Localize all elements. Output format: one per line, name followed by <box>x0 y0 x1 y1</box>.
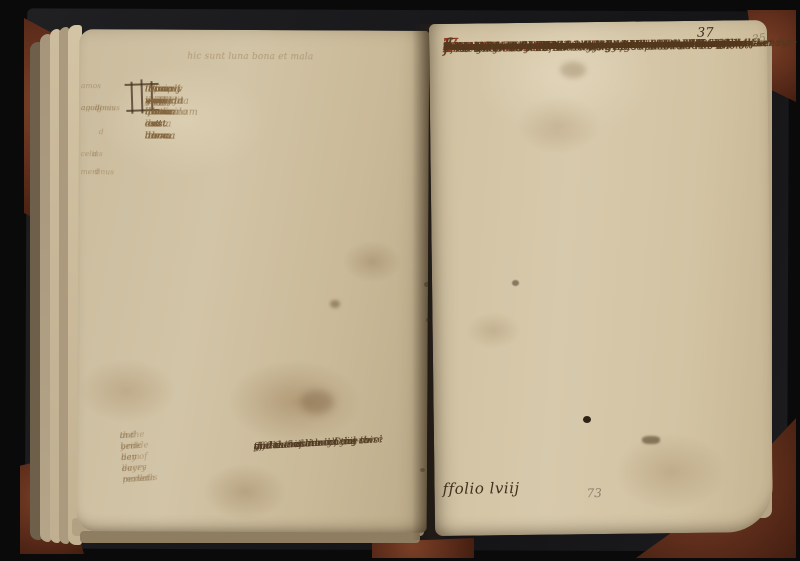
wormhole <box>424 282 429 287</box>
folio-note: ffolio lviij <box>442 479 519 498</box>
pencil-foliation-number: 73 <box>587 486 602 500</box>
text-segment: good dayes. <box>282 72 334 73</box>
parchment-stain <box>330 300 340 308</box>
text-segment: d <box>93 149 98 158</box>
parchment-stain <box>560 62 586 78</box>
text-segment: manye a yeres and they <box>282 72 385 73</box>
text-segment: of yonge that they lyuen <box>282 72 388 73</box>
text-segment: amos <box>81 81 101 90</box>
text-segment: mai be cured but principali <box>282 72 401 73</box>
text-segment: ffor tho dayes that be euyl <box>282 72 397 73</box>
text-segment: luna xxx bona est <box>145 83 169 130</box>
page-edge-bottom <box>80 531 420 543</box>
text-segment: bed sory as ellis hit schal <box>282 72 392 73</box>
text-segment: d <box>97 105 102 114</box>
text-segment: d <box>95 167 100 176</box>
text-segment: nor the last in day of Juil <box>282 72 390 73</box>
left-margin-words: amosdaquilinusapolloniusddceliusdmerlinu… <box>81 79 125 167</box>
text-segment: that they latyn blode ther-wyt <box>282 72 412 73</box>
smudge-stain <box>642 436 660 444</box>
text-segment: dayes and he that taketh <box>282 72 390 73</box>
text-segment: er he be hool not passe this <box>282 72 402 73</box>
text-segment: and this is oon of the perilous <box>282 72 411 73</box>
text-segment: dayes before kalendas of the <box>282 72 407 73</box>
text-segment: quik nor morwe and he schal <box>282 72 409 73</box>
text-segment: auail in no dayes of Aprile <box>282 72 396 73</box>
text-segment: like tho schal not longe lyue <box>282 72 405 73</box>
wormhole <box>426 318 430 322</box>
text-segment: neuer come ageyne and <box>282 72 386 73</box>
text-segment: schal not be goode ouer-all <box>282 72 400 73</box>
left-page: hic sunt luna bona et mala amosdaquilinu… <box>77 29 430 533</box>
text-segment: as the furst in day of Juyn <box>282 72 394 73</box>
manuscript-photo: hic sunt luna bona et mala amosdaquilinu… <box>0 0 800 561</box>
text-segment: that forty dayes be ended <box>282 72 394 73</box>
text-segment: that is departed C iiij <box>253 436 356 454</box>
text-segment: nan schal hym kepe and thei <box>282 72 407 73</box>
ink-spot <box>512 280 519 286</box>
text-segment: he that weddeth a wyf schal <box>282 72 405 73</box>
text-segment: cause sorowfull than yif thei <box>282 72 406 73</box>
text-segment: est a day the whiche y-fall <box>282 72 396 73</box>
wormhole <box>420 468 425 472</box>
text-segment: same day as of the moneth <box>282 72 399 73</box>
faint-bottom-notes: the bridde day of euery monethin the yer… <box>119 420 289 431</box>
recipe-text-block: This boke was sent fro the kyng of Fraun… <box>443 36 765 41</box>
ink-spot <box>583 416 591 423</box>
left-page-header: hic sunt luna bona et mala <box>187 52 397 63</box>
text-segment: lesen ryght perilous ther-yn <box>282 72 403 73</box>
text-segment: longe pilgrimage he schal <box>282 72 395 73</box>
text-segment: and hede hem be reuled <box>119 429 150 486</box>
text-segment: ffor he that let hym blode ther <box>282 72 414 73</box>
corner-number: 35 <box>751 31 767 46</box>
lunar-prognostication-list: luna j bona estluna ij non est bonaluna … <box>145 83 305 84</box>
manuscript-line: other glasse other of horn and oneyntes … <box>443 37 765 41</box>
text-segment: in the yere of euere moneth <box>282 72 403 73</box>
text-segment: can no blode-letyng lese hit <box>282 72 402 73</box>
parchment-stain <box>300 390 334 414</box>
right-page: 37 This boke was sent fro the kyng of Fr… <box>429 20 773 536</box>
text-segment: dye er ellis hit schal be longe <box>282 72 410 73</box>
text-segment: d <box>99 127 104 136</box>
text-segment: mornyng dayes. <box>282 72 351 73</box>
